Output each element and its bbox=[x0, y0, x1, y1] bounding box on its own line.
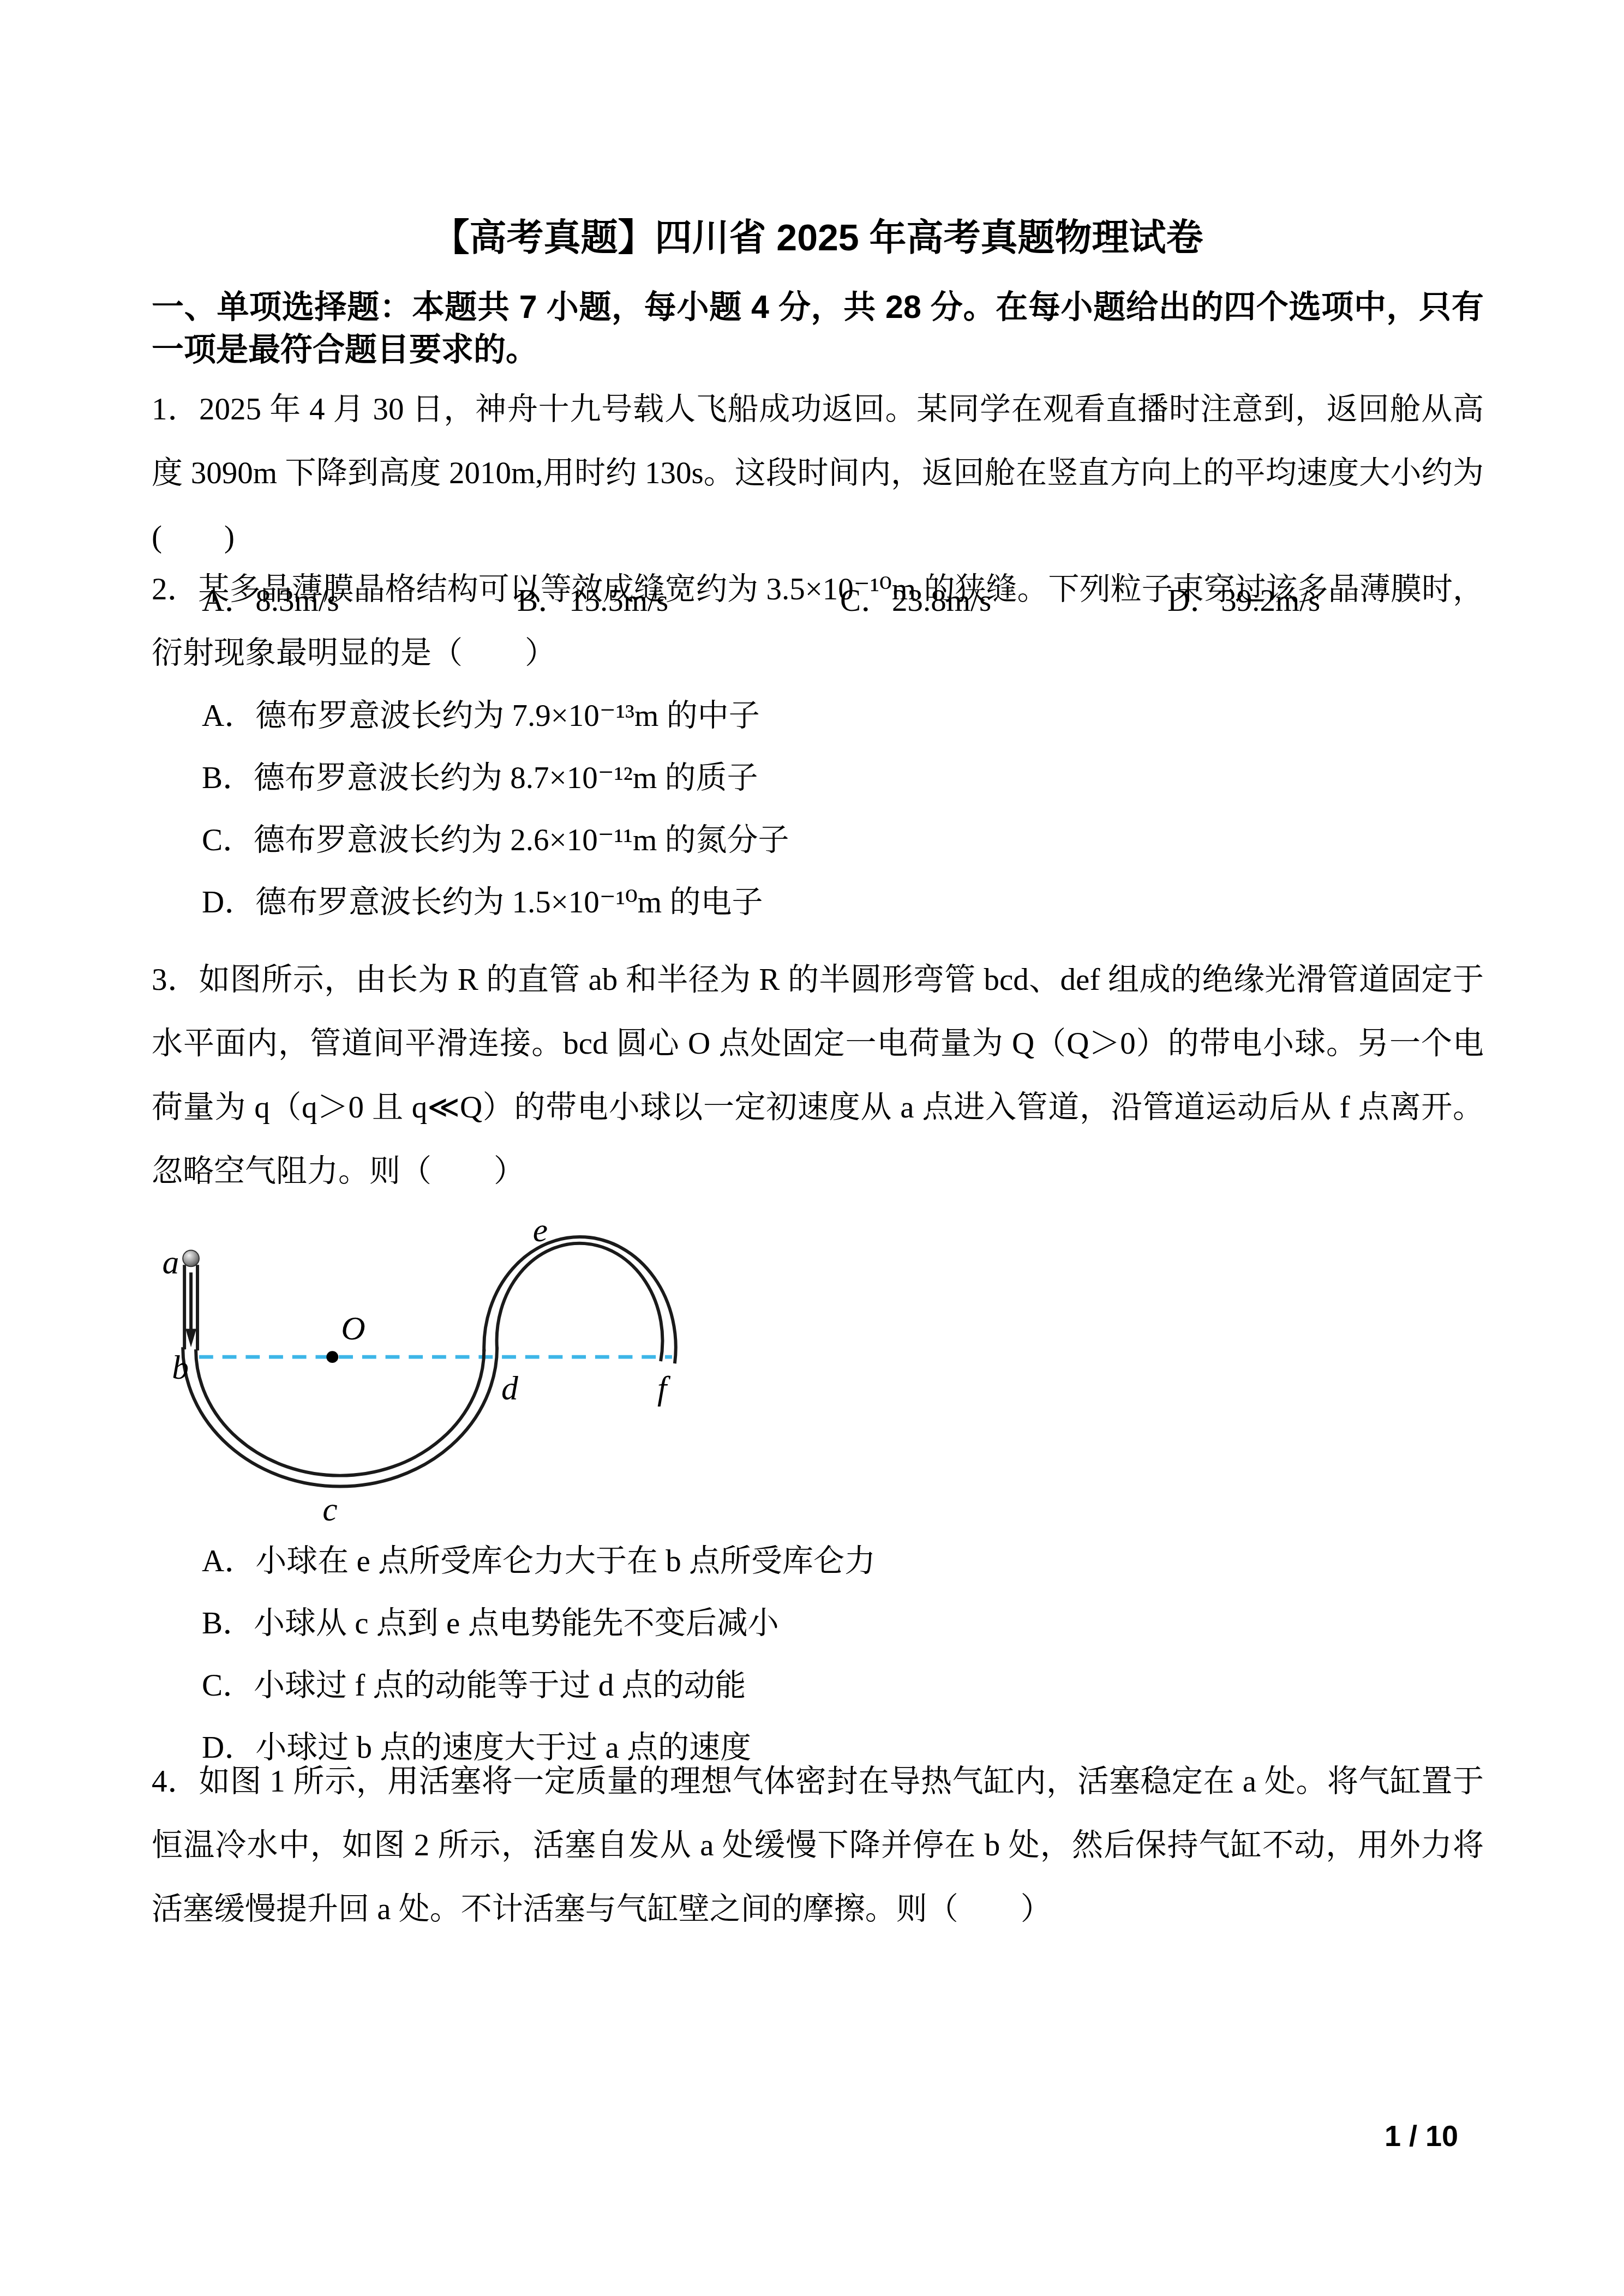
page-number: 1 / 10 bbox=[1385, 2121, 1458, 2151]
question-2: 2．某多晶薄膜晶格结构可以等效成缝宽约为 3.5×10⁻¹⁰m 的狭缝。下列粒子… bbox=[152, 557, 1484, 934]
figure-label-b: b bbox=[172, 1349, 189, 1386]
section-heading: 一、单项选择题：本题共 7 小题，每小题 4 分，共 28 分。在每小题给出的四… bbox=[152, 286, 1484, 371]
question-2-option-a: A．德布罗意波长约为 7.9×10⁻¹³m 的中子 bbox=[152, 685, 1484, 747]
option-text: 德布罗意波长约为 8.7×10⁻¹²m 的质子 bbox=[254, 761, 758, 795]
question-3: 3．如图所示，由长为 R 的直管 ab 和半径为 R 的半圆形弯管 bcd、de… bbox=[152, 948, 1484, 1779]
question-3-number: 3． bbox=[152, 963, 199, 997]
question-2-option-c: C．德布罗意波长约为 2.6×10⁻¹¹m 的氮分子 bbox=[152, 809, 1484, 871]
tube-bcd-inner-wall bbox=[196, 1349, 484, 1475]
question-2-text: 某多晶薄膜晶格结构可以等效成缝宽约为 3.5×10⁻¹⁰m 的狭缝。下列粒子束穿… bbox=[152, 572, 1484, 670]
tube-def-outer-wall bbox=[484, 1237, 676, 1363]
tube-bcd-outer-wall bbox=[183, 1347, 497, 1486]
option-text: 德布罗意波长约为 2.6×10⁻¹¹m 的氮分子 bbox=[254, 823, 789, 857]
option-label: C． bbox=[202, 823, 254, 857]
question-2-option-b: B．德布罗意波长约为 8.7×10⁻¹²m 的质子 bbox=[152, 747, 1484, 809]
option-text: 小球过 f 点的动能等于过 d 点的动能 bbox=[254, 1668, 746, 1703]
initial-velocity-arrow-head bbox=[185, 1329, 196, 1347]
option-text: 小球在 e 点所受库仑力大于在 b 点所受库仑力 bbox=[255, 1544, 876, 1578]
question-4-number: 4． bbox=[152, 1764, 199, 1799]
question-3-options: A．小球在 e 点所受库仑力大于在 b 点所受库仑力 B．小球从 c 点到 e … bbox=[152, 1530, 1484, 1779]
figure-label-e: e bbox=[533, 1212, 548, 1249]
question-3-option-b: B．小球从 c 点到 e 点电势能先不变后减小 bbox=[152, 1592, 1484, 1655]
question-2-number: 2． bbox=[152, 572, 199, 606]
option-label: C． bbox=[202, 1668, 254, 1703]
question-1-stem: 1．2025 年 4 月 30 日，神舟十九号载人飞船成功返回。某同学在观看直播… bbox=[152, 377, 1484, 569]
question-4-stem: 4．如图 1 所示，用活塞将一定质量的理想气体密封在导热气缸内，活塞稳定在 a … bbox=[152, 1750, 1484, 1941]
option-label: D． bbox=[202, 885, 255, 919]
question-3-stem: 3．如图所示，由长为 R 的直管 ab 和半径为 R 的半圆形弯管 bcd、de… bbox=[152, 948, 1484, 1203]
question-4-text: 如图 1 所示，用活塞将一定质量的理想气体密封在导热气缸内，活塞稳定在 a 处。… bbox=[152, 1764, 1484, 1926]
question-2-stem: 2．某多晶薄膜晶格结构可以等效成缝宽约为 3.5×10⁻¹⁰m 的狭缝。下列粒子… bbox=[152, 557, 1484, 685]
charged-ball bbox=[183, 1250, 199, 1266]
figure-label-d: d bbox=[501, 1370, 518, 1407]
question-2-option-d: D．德布罗意波长约为 1.5×10⁻¹⁰m 的电子 bbox=[152, 871, 1484, 934]
option-text: 德布罗意波长约为 1.5×10⁻¹⁰m 的电子 bbox=[255, 885, 763, 919]
question-4: 4．如图 1 所示，用活塞将一定质量的理想气体密封在导热气缸内，活塞稳定在 a … bbox=[152, 1750, 1484, 1941]
option-text: 德布罗意波长约为 7.9×10⁻¹³m 的中子 bbox=[255, 699, 760, 733]
option-label: B． bbox=[202, 761, 254, 795]
question-1-text: 2025 年 4 月 30 日，神舟十九号载人飞船成功返回。某同学在观看直播时注… bbox=[152, 392, 1484, 554]
page-title: 【高考真题】四川省 2025 年高考真题物理试卷 bbox=[152, 215, 1484, 261]
question-1-number: 1． bbox=[152, 392, 199, 426]
figure-label-c: c bbox=[322, 1491, 337, 1525]
question-3-figure: a b c d e f O bbox=[158, 1211, 704, 1525]
option-label: A． bbox=[202, 699, 255, 733]
question-3-option-a: A．小球在 e 点所受库仑力大于在 b 点所受库仑力 bbox=[152, 1530, 1484, 1592]
question-2-options: A．德布罗意波长约为 7.9×10⁻¹³m 的中子 B．德布罗意波长约为 8.7… bbox=[152, 685, 1484, 934]
s-tube-diagram: a b c d e f O bbox=[158, 1211, 704, 1525]
exam-paper-page: 【高考真题】四川省 2025 年高考真题物理试卷 一、单项选择题：本题共 7 小… bbox=[0, 0, 1624, 2296]
figure-label-O: O bbox=[341, 1310, 365, 1347]
option-label: B． bbox=[202, 1606, 254, 1640]
question-3-text: 如图所示，由长为 R 的直管 ab 和半径为 R 的半圆形弯管 bcd、def … bbox=[152, 963, 1484, 1188]
figure-label-a: a bbox=[162, 1244, 179, 1281]
question-3-option-c: C．小球过 f 点的动能等于过 d 点的动能 bbox=[152, 1655, 1484, 1717]
option-label: A． bbox=[202, 1544, 255, 1578]
fixed-charge-dot bbox=[326, 1351, 338, 1363]
figure-label-f: f bbox=[657, 1370, 671, 1407]
option-text: 小球从 c 点到 e 点电势能先不变后减小 bbox=[254, 1606, 779, 1640]
